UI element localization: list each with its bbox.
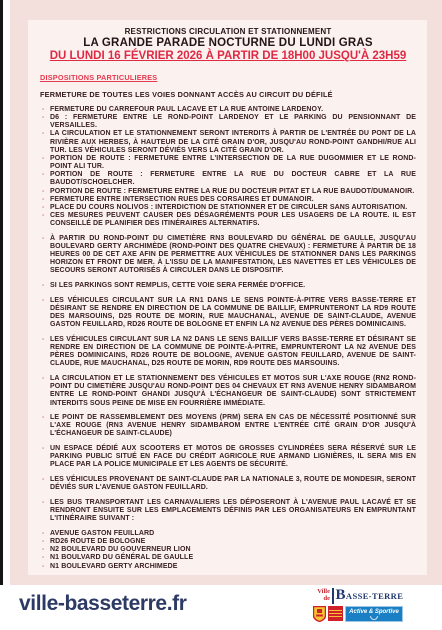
poster-title: LA GRANDE PARADE NOCTURNE DU LUNDI GRAS <box>40 37 416 49</box>
list-item: AVENUE GASTON FEUILLARD <box>40 530 416 538</box>
logo-de-text: de <box>313 596 330 603</box>
list-item: PORTION DE ROUTE : FERMETURE ENTRE LA RU… <box>40 171 416 187</box>
scan-edge-light <box>3 0 10 630</box>
list-item: FERMETURE ENTRE INTERSECTION RUES DES CO… <box>40 196 416 204</box>
list-item: N1 BOULEVARD GERTY ARCHIMEDE <box>40 563 416 571</box>
list-item: D6 : FERMETURE ENTRE LE ROND-POINT LARDE… <box>40 114 416 130</box>
list-item: À PARTIR DU ROND-POINT DU CIMETIÈRE RN3 … <box>40 235 416 276</box>
logo-ville-de: Ville de <box>313 589 330 602</box>
active-sportive-badge: Active & Sportive <box>345 606 403 622</box>
list-item: LES VÉHICULES CIRCULANT SUR LA RN1 DANS … <box>40 297 416 330</box>
itinerary-list: AVENUE GASTON FEUILLARD RD26 ROUTE DE BO… <box>40 530 416 571</box>
footer-band: ville-basseterre.fr Ville de BASSE-TERRE <box>0 585 442 630</box>
list-item: RD26 ROUTE DE BOLOGNE <box>40 538 416 546</box>
list-item: FERMETURE DU CARREFOUR PAUL LACAVE ET LA… <box>40 106 416 114</box>
list-item: SI LES PARKINGS SONT REMPLIS, CETTE VOIE… <box>40 282 416 290</box>
list-item: LE POINT DE RASSEMBLEMENT DES MOYENS (PR… <box>40 414 416 438</box>
poster-page: RESTRICTIONS CIRCULATION ET STATIONNEMEN… <box>0 0 442 630</box>
list-item: PORTION DE ROUTE : FERMETURE ENTRE LA RU… <box>40 188 416 196</box>
event-date-line: DU LUNDI 16 FÉVRIER 2026 À PARTIR DE 18H… <box>40 50 416 62</box>
closure-list: FERMETURE DU CARREFOUR PAUL LACAVE ET LA… <box>40 106 416 228</box>
header-subtitle: RESTRICTIONS CIRCULATION ET STATIONNEMEN… <box>40 27 416 36</box>
logo-city-rest: ASSE-TERRE <box>346 591 403 601</box>
list-item: CES MESURES PEUVENT CAUSER DES DÉSAGRÉME… <box>40 212 416 228</box>
list-item: PLACE DU COURS NOLIVOS : INTERDICTION DE… <box>40 204 416 212</box>
dispositions-title: DISPOSITIONS PARTICULIERES <box>40 73 416 82</box>
poster-content-card: RESTRICTIONS CIRCULATION ET STATIONNEMEN… <box>28 20 427 575</box>
list-item: LA CIRCULATION ET LE STATIONNEMENT SERON… <box>40 130 416 154</box>
coat-of-arms-icon <box>313 606 326 622</box>
closure-heading: FERMETURE DE TOUTES LES VOIES DONNANT AC… <box>40 90 416 99</box>
list-item: LA CIRCULATION ET LE STATIONNEMENT DES V… <box>40 375 416 408</box>
logo-city-name: BASSE-TERRE <box>336 587 404 604</box>
logo-city-initial: B <box>336 587 346 603</box>
list-item: UN ESPACE DÉDIÉ AUX SCOOTERS ET MOTOS DE… <box>40 445 416 469</box>
list-item: LES BUS TRANSPORTANT LES CARNAVALIERS LE… <box>40 499 416 523</box>
laurel-icon <box>370 616 378 620</box>
list-item: LES VÉHICULES CIRCULANT SUR LA N2 DANS L… <box>40 336 416 369</box>
logo-emblems-row: Active & Sportive <box>313 606 417 622</box>
badge-label: Active & Sportive <box>349 609 399 615</box>
measures-list: À PARTIR DU ROND-POINT DU CIMETIÈRE RN3 … <box>40 235 416 524</box>
logo-divider <box>332 588 334 604</box>
list-item: PORTION DE ROUTE : FERMETURE ENTRE L'INT… <box>40 155 416 171</box>
basse-terre-logo: Ville de BASSE-TERRE Active & <box>313 586 417 622</box>
heritage-label-icon <box>328 606 343 621</box>
list-item: N1 BOULVARD DU GÉNÉRAL DE GAULLE <box>40 554 416 562</box>
list-item: LES VÉHICULES PROVENANT DE SAINT-CLAUDE … <box>40 476 416 492</box>
city-website: ville-basseterre.fr <box>19 592 187 616</box>
poster-header: RESTRICTIONS CIRCULATION ET STATIONNEMEN… <box>40 27 416 62</box>
logo-wordmark: Ville de BASSE-TERRE <box>313 586 417 605</box>
